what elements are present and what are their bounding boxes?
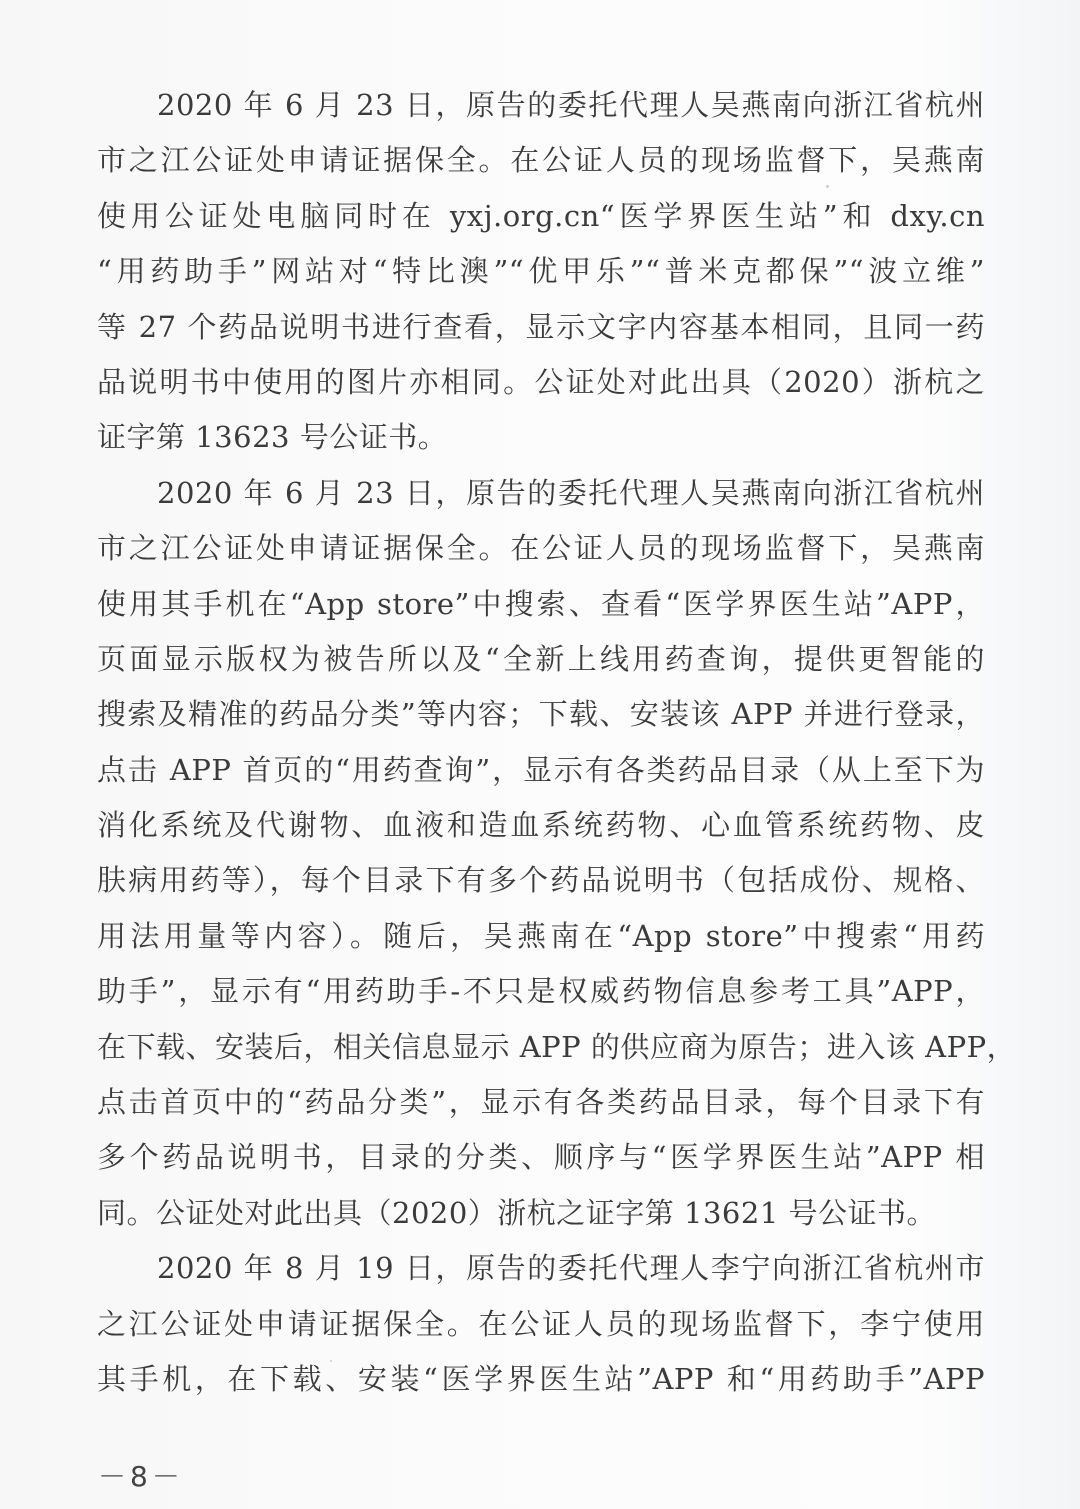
text-line: 点击首页中的“药品分类”，显示有各类药品目录，每个目录下有 xyxy=(97,1075,985,1130)
paragraph-notarization-13621: 2020 年 6 月 23 日，原告的委托代理人吴燕南向浙江省杭州 市之江公证处… xyxy=(97,466,985,1241)
text-line: 2020 年 8 月 19 日，原告的委托代理人李宁向浙江省杭州市 xyxy=(97,1241,985,1296)
paragraph-notarization-13623: 2020 年 6 月 23 日，原告的委托代理人吴燕南向浙江省杭州 市之江公证处… xyxy=(97,78,985,466)
text-line: 搜索及精准的药品分类”等内容；下载、安装该 APP 并进行登录， xyxy=(97,687,985,742)
text-line: 点击 APP 首页的“用药查询”，显示有各类药品目录（从上至下为 xyxy=(97,743,985,798)
text-line: “用药助手”网站对“特比澳”“优甲乐”“普米克都保”“波立维” xyxy=(97,244,985,299)
text-line: 2020 年 6 月 23 日，原告的委托代理人吴燕南向浙江省杭州 xyxy=(97,78,985,133)
text-line: 多个药品说明书，目录的分类、顺序与“医学界医生站”APP 相 xyxy=(97,1130,985,1185)
text-line: 其手机，在下载、安装“医学界医生站”APP 和“用药助手”APP xyxy=(97,1352,985,1407)
scan-speck xyxy=(330,1360,332,1362)
text-line: 之江公证处申请证据保全。在公证人员的现场监督下，李宁使用 xyxy=(97,1297,985,1352)
text-line: 证字第 13623 号公证书。 xyxy=(97,410,985,465)
text-line: 市之江公证处申请证据保全。在公证人员的现场监督下，吴燕南 xyxy=(97,521,985,576)
scan-speck xyxy=(826,185,829,188)
text-line: 消化系统及代谢物、血液和造血系统药物、心血管系统药物、皮 xyxy=(97,798,985,853)
page-number: －8－ xyxy=(98,1455,184,1495)
text-line: 使用公证处电脑同时在 yxj.org.cn“医学界医生站”和 dxy.cn xyxy=(97,189,985,244)
text-line: 品说明书中使用的图片亦相同。公证处对此出具（2020）浙杭之 xyxy=(97,355,985,410)
text-line: 使用其手机在“App store”中搜索、查看“医学界医生站”APP， xyxy=(97,577,985,632)
text-line: 页面显示版权为被告所以及“全新上线用药查询，提供更智能的 xyxy=(97,632,985,687)
text-line: 助手”，显示有“用药助手-不只是权威药物信息参考工具”APP， xyxy=(97,964,985,1019)
text-line: 2020 年 6 月 23 日，原告的委托代理人吴燕南向浙江省杭州 xyxy=(97,466,985,521)
text-line: 用法用量等内容）。随后，吴燕南在“App store”中搜索“用药 xyxy=(97,909,985,964)
text-line: 在下载、安装后，相关信息显示 APP 的供应商为原告；进入该 APP， xyxy=(97,1020,985,1075)
paragraph-notarization-aug-19: 2020 年 8 月 19 日，原告的委托代理人李宁向浙江省杭州市 之江公证处申… xyxy=(97,1241,985,1407)
text-line: 市之江公证处申请证据保全。在公证人员的现场监督下，吴燕南 xyxy=(97,133,985,188)
document-page: 2020 年 6 月 23 日，原告的委托代理人吴燕南向浙江省杭州 市之江公证处… xyxy=(97,78,985,1407)
text-line: 同。公证处对此出具（2020）浙杭之证字第 13621 号公证书。 xyxy=(97,1186,985,1241)
text-line: 肤病用药等），每个目录下有多个药品说明书（包括成份、规格、 xyxy=(97,853,985,908)
text-line: 等 27 个药品说明书进行查看，显示文字内容基本相同，且同一药 xyxy=(97,300,985,355)
